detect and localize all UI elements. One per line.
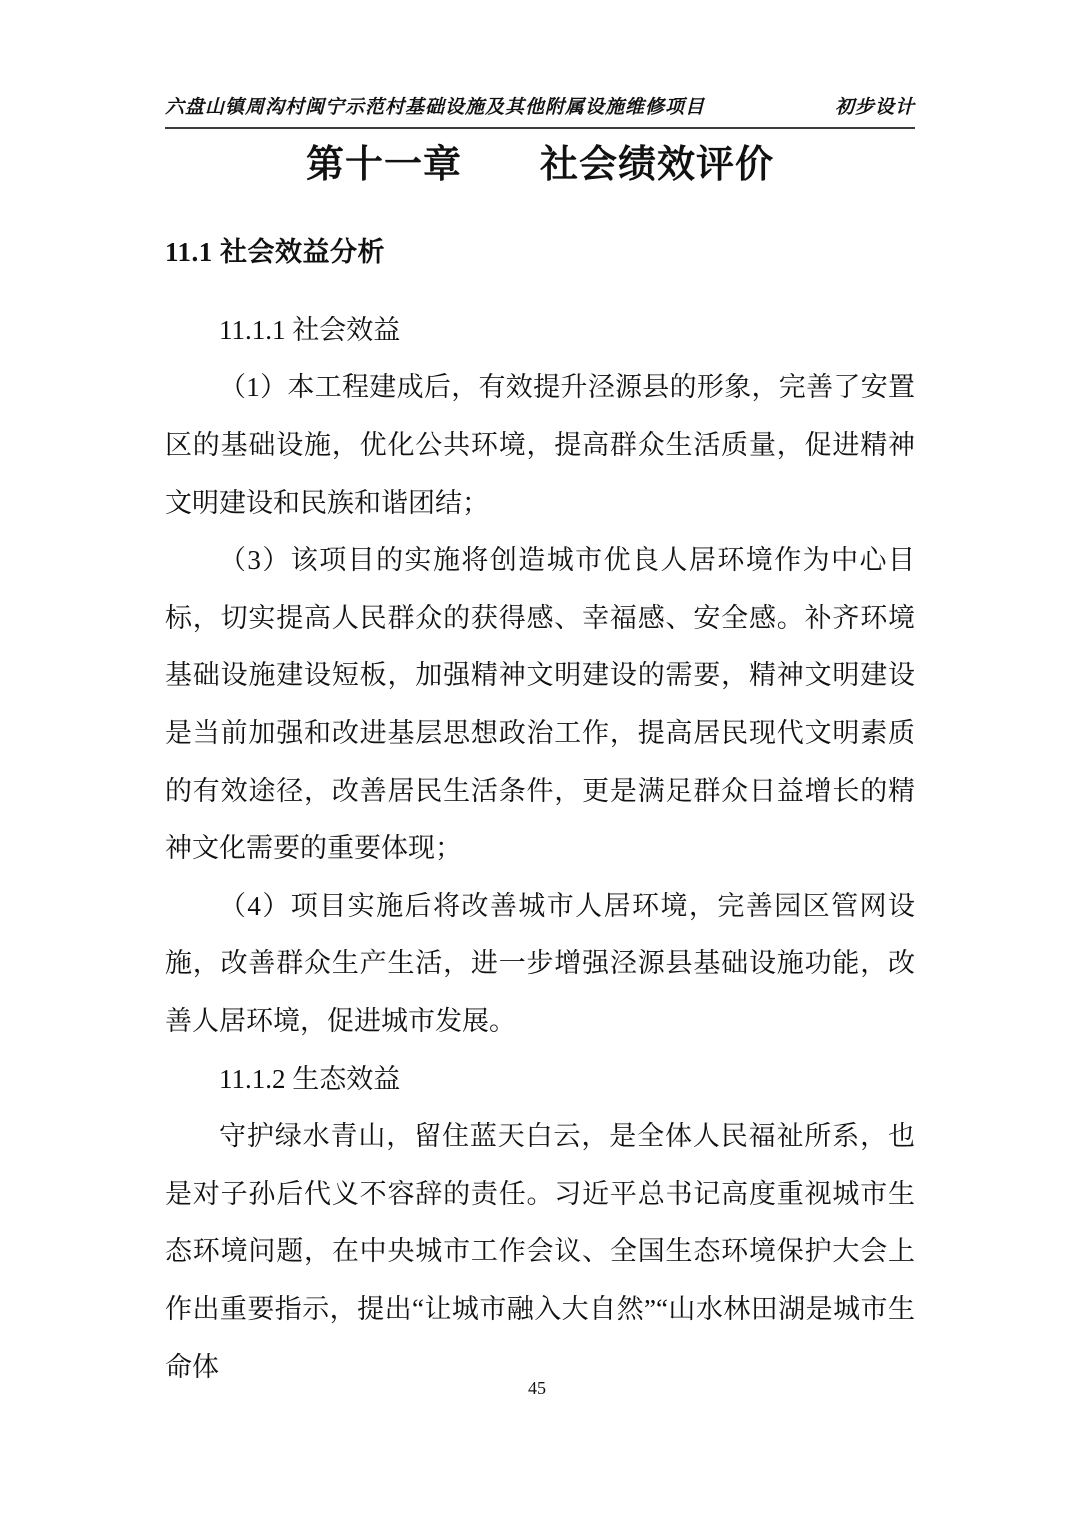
- section-heading-11-1: 11.1 社会效益分析: [165, 236, 915, 268]
- chapter-title: 第十一章 社会绩效评价: [165, 142, 915, 190]
- document-page: 六盘山镇周沟村闽宁示范村基础设施及其他附属设施维修项目 初步设计 第十一章 社会…: [0, 0, 1074, 1520]
- body-paragraph: （4）项目实施后将改善城市人居环境，完善园区管网设施，改善群众生产生活，进一步增…: [165, 878, 915, 1051]
- page-content: 第十一章 社会绩效评价 11.1 社会效益分析 11.1.1 社会效益（1）本工…: [165, 137, 915, 1396]
- header-doc-type: 初步设计: [835, 92, 915, 119]
- page-footer: 45: [0, 1378, 1074, 1400]
- page-header: 六盘山镇周沟村闽宁示范村基础设施及其他附属设施维修项目 初步设计: [165, 92, 915, 119]
- header-rule: [165, 127, 915, 129]
- body-subheading: 11.1.2 生态效益: [165, 1051, 915, 1109]
- body-paragraph: （3）该项目的实施将创造城市优良人居环境作为中心目标，切实提高人民群众的获得感、…: [165, 532, 915, 878]
- page-number: 45: [528, 1378, 546, 1398]
- body-paragraph: 守护绿水青山，留住蓝天白云，是全体人民福祉所系，也是对子孙后代义不容辞的责任。习…: [165, 1108, 915, 1396]
- document-body: 11.1.1 社会效益（1）本工程建成后，有效提升泾源县的形象，完善了安置区的基…: [165, 302, 915, 1396]
- body-subheading: 11.1.1 社会效益: [165, 302, 915, 360]
- body-paragraph: （1）本工程建成后，有效提升泾源县的形象，完善了安置区的基础设施，优化公共环境，…: [165, 359, 915, 532]
- header-project-title: 六盘山镇周沟村闽宁示范村基础设施及其他附属设施维修项目: [165, 92, 705, 119]
